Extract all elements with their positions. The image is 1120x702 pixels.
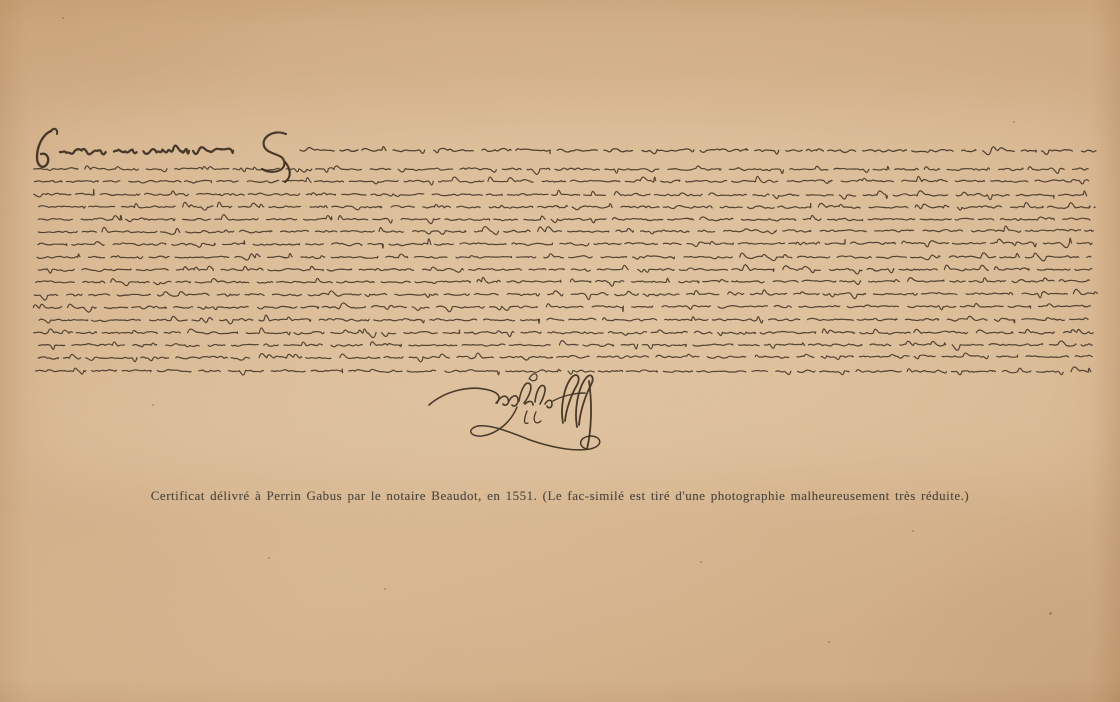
opening-initial-letter xyxy=(37,129,57,167)
figure-caption: Certificat délivré à Perrin Gabus par le… xyxy=(0,488,1120,504)
notary-signature-paraph xyxy=(429,374,600,450)
paper-speck xyxy=(700,561,702,563)
scanned-page: Certificat délivré à Perrin Gabus par le… xyxy=(0,0,1120,702)
paper-speck xyxy=(1013,121,1015,123)
manuscript-facsimile xyxy=(0,0,1120,702)
manuscript-text-lines xyxy=(33,132,1097,375)
paper-speck xyxy=(152,404,154,406)
paper-speck xyxy=(384,588,386,590)
paper-speck xyxy=(1049,612,1052,615)
paper-speck xyxy=(828,641,830,643)
paper-speck xyxy=(62,17,64,19)
paper-speck xyxy=(912,530,914,532)
paper-speck xyxy=(268,557,270,559)
